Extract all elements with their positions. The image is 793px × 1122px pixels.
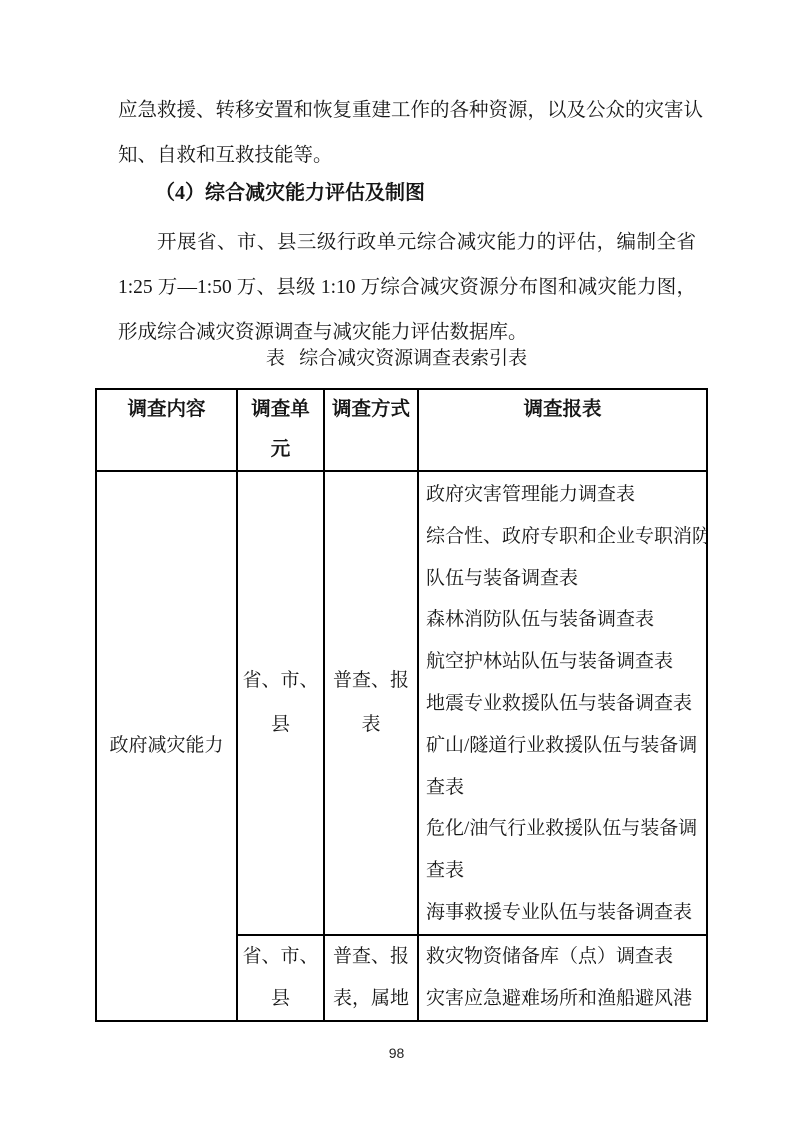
paragraph-continuation: 应急救援、转移安置和恢复重建工作的各种资源，以及公众的灾害认 知、自救和互救技能… xyxy=(118,88,688,178)
header-line: 元 xyxy=(238,430,323,470)
paragraph-line: 1:25 万—1:50 万、县级 1:10 万综合减灾资源分布图和减灾能力图， xyxy=(118,265,696,310)
cell-survey-method: 普查、报 表，属地 xyxy=(324,935,418,1021)
header-survey-unit: 调查单 元 xyxy=(237,389,324,471)
survey-index-table: 调查内容 调查单 元 调查方式 调查报表 政府减灾能力 省、市、 县 普查、报 … xyxy=(95,388,708,1022)
report-line: 森林消防队伍与装备调查表 xyxy=(426,599,702,641)
header-survey-method: 调查方式 xyxy=(324,389,418,471)
header-line: 调查单 xyxy=(238,390,323,430)
paragraph-line: 应急救援、转移安置和恢复重建工作的各种资源，以及公众的灾害认 xyxy=(118,88,688,133)
report-line: 地震专业救援队伍与装备调查表 xyxy=(426,683,702,725)
report-line: 队伍与装备调查表 xyxy=(426,558,702,600)
cell-survey-reports: 政府灾害管理能力调查表 综合性、政府专职和企业专职消防 队伍与装备调查表 森林消… xyxy=(418,471,707,935)
table-row: 政府减灾能力 省、市、 县 普查、报 表 政府灾害管理能力调查表 综合性、政府专… xyxy=(96,471,707,935)
section-heading: （4）综合减灾能力评估及制图 xyxy=(155,176,425,205)
cell-survey-reports: 救灾物资储备库（点）调查表 灾害应急避难场所和渔船避风港 xyxy=(418,935,707,1021)
report-line: 查表 xyxy=(426,850,702,892)
paragraph-line: 开展省、市、县三级行政单元综合减灾能力的评估，编制全省 xyxy=(118,220,696,265)
report-line: 灾害应急避难场所和渔船避风港 xyxy=(426,978,702,1020)
cell-line: 普查、报 xyxy=(325,936,417,978)
cell-survey-method: 普查、报 表 xyxy=(324,471,418,935)
report-line: 查表 xyxy=(426,767,702,809)
cell-line: 县 xyxy=(238,978,323,1020)
table-caption: 表 综合减灾资源调查表索引表 xyxy=(0,343,793,370)
table-header-row: 调查内容 调查单 元 调查方式 调查报表 xyxy=(96,389,707,471)
cell-line: 普查、报 xyxy=(325,659,417,703)
page-number: 98 xyxy=(0,1045,793,1061)
header-survey-report: 调查报表 xyxy=(418,389,707,471)
report-line: 海事救援专业队伍与装备调查表 xyxy=(426,892,702,934)
paragraph-line: 知、自救和互救技能等。 xyxy=(118,133,688,178)
report-line: 政府灾害管理能力调查表 xyxy=(426,474,702,516)
body-paragraph: 开展省、市、县三级行政单元综合减灾能力的评估，编制全省 1:25 万—1:50 … xyxy=(118,220,696,355)
report-line: 危化/油气行业救援队伍与装备调 xyxy=(426,808,702,850)
report-line: 矿山/隧道行业救援队伍与装备调 xyxy=(426,725,702,767)
cell-line: 县 xyxy=(238,703,323,747)
document-page: 应急救援、转移安置和恢复重建工作的各种资源，以及公众的灾害认 知、自救和互救技能… xyxy=(0,0,793,1122)
header-survey-content: 调查内容 xyxy=(96,389,237,471)
cell-survey-unit: 省、市、 县 xyxy=(237,935,324,1021)
report-line: 航空护林站队伍与装备调查表 xyxy=(426,641,702,683)
cell-line: 表，属地 xyxy=(325,978,417,1020)
report-line: 救灾物资储备库（点）调查表 xyxy=(426,936,702,978)
cell-line: 表 xyxy=(325,703,417,747)
cell-line: 省、市、 xyxy=(238,936,323,978)
report-line: 综合性、政府专职和企业专职消防 xyxy=(426,516,702,558)
cell-line: 省、市、 xyxy=(238,659,323,703)
cell-survey-unit: 省、市、 县 xyxy=(237,471,324,935)
cell-survey-content: 政府减灾能力 xyxy=(96,471,237,1021)
